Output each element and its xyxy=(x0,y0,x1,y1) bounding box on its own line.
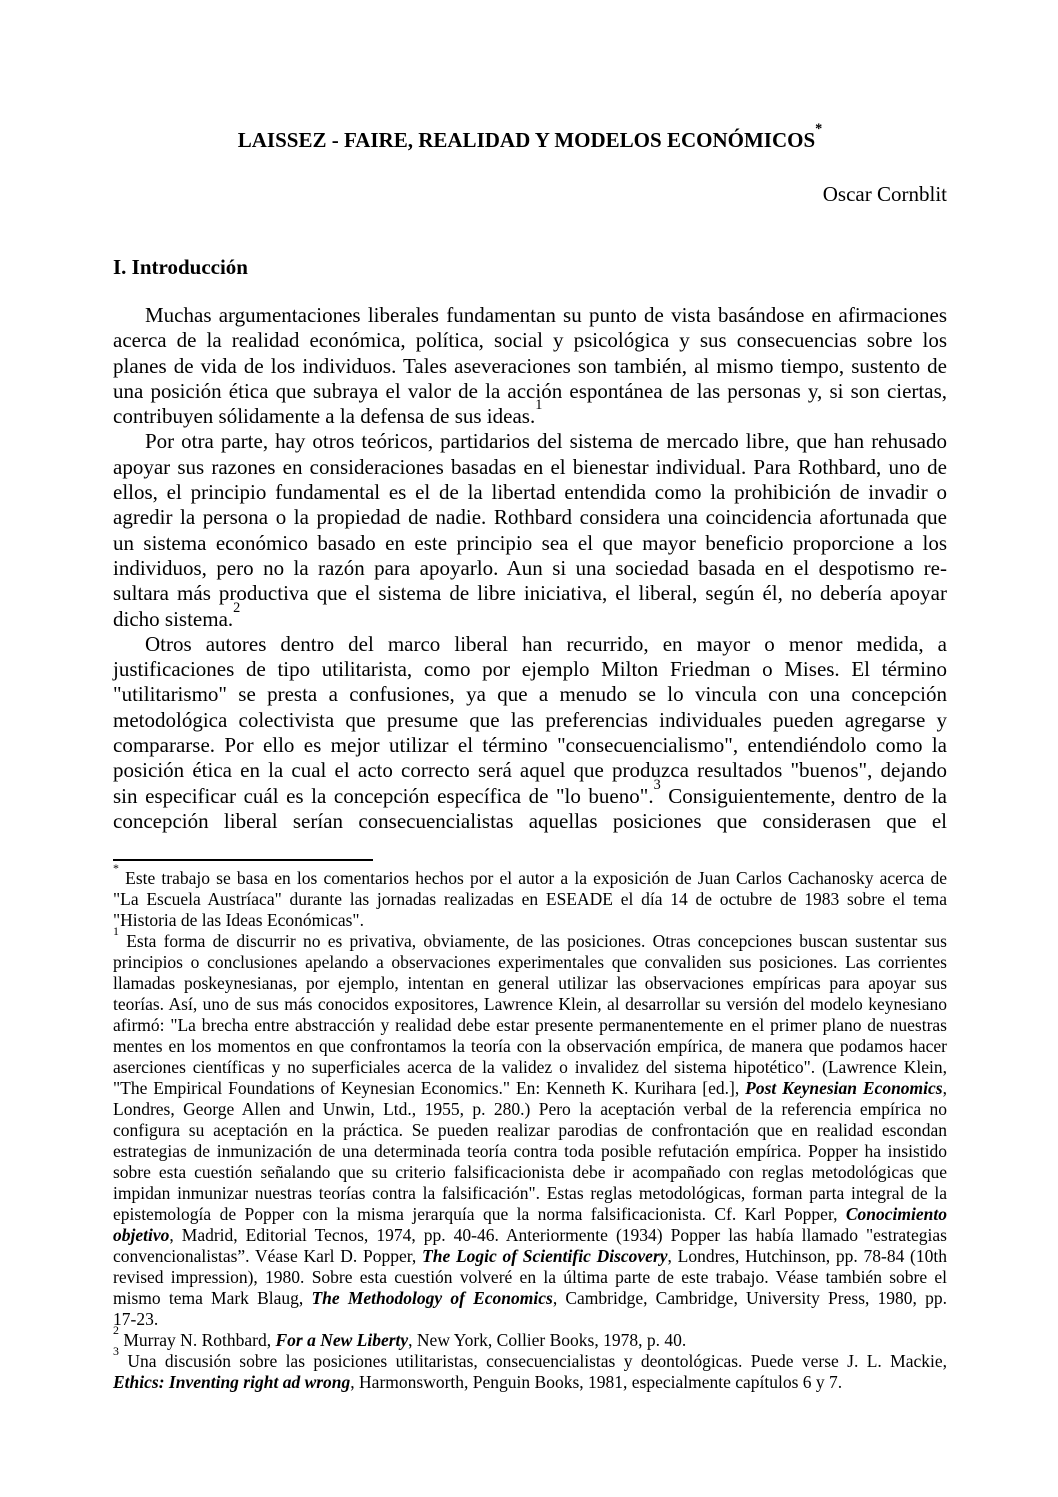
text-line: llamadas poskeynesianas, por ejemplo, in… xyxy=(113,973,947,994)
text-line: Londres, George Allen and Unwin, Ltd., 1… xyxy=(113,1099,947,1120)
text-line: * Este trabajo se basa en los comentario… xyxy=(113,868,947,889)
text-line: Otros autores dentro del marco liberal h… xyxy=(113,632,947,657)
text-line: ellos, el principio fundamental es el de… xyxy=(113,480,947,505)
text-line: 17-23. xyxy=(113,1309,947,1330)
text-line: dicho sistema.2 xyxy=(113,607,947,632)
paragraph-3: Otros autores dentro del marco liberal h… xyxy=(113,632,947,834)
text-line: afirmó: "La brecha entre abstracción y r… xyxy=(113,1015,947,1036)
text-line: Muchas argumentaciones liberales fundame… xyxy=(113,303,947,328)
text-line: Por otra parte, hay otros teóricos, part… xyxy=(113,429,947,454)
document-body: Muchas argumentaciones liberales fundame… xyxy=(113,303,947,834)
page-title-text: LAISSEZ - FAIRE, REALIDAD Y MODELOS ECON… xyxy=(238,128,815,152)
text-line: "La Escuela Austríaca" durante las jorna… xyxy=(113,889,947,910)
text-line: teorías. Así, uno de sus más conocidos e… xyxy=(113,994,947,1015)
text-line: 1 Esta forma de discurrir no es privativ… xyxy=(113,931,947,952)
paper-page: LAISSEZ - FAIRE, REALIDAD Y MODELOS ECON… xyxy=(0,0,1058,1497)
text-line: configura su aceptación en la práctica. … xyxy=(113,1120,947,1141)
text-line: aserciones científicas y no superficiale… xyxy=(113,1057,947,1078)
section-heading: I. Introducción xyxy=(113,254,947,280)
text-line: planes de vida de los individuos. Tales … xyxy=(113,354,947,379)
text-line: una posición ética que subraya el valor … xyxy=(113,379,947,404)
text-line: "The Empirical Foundations of Keynesian … xyxy=(113,1078,947,1099)
text-line: "utilitarismo" se presta a confusiones, … xyxy=(113,682,947,707)
text-line: agredir la persona o la propiedad de nad… xyxy=(113,505,947,530)
footnotes: * Este trabajo se basa en los comentario… xyxy=(113,868,947,1393)
text-line: Ethics: Inventing right ad wrong, Harmon… xyxy=(113,1372,947,1393)
footnote-2: 2 Murray N. Rothbard, For a New Liberty,… xyxy=(113,1330,947,1351)
text-line: sobre esta cuestión señalando que su cri… xyxy=(113,1162,947,1183)
text-line: revised impression), 1980. Sobre esta cu… xyxy=(113,1267,947,1288)
footnote-star: * Este trabajo se basa en los comentario… xyxy=(113,868,947,931)
text-line: impidan inmunizar nuestras teorías contr… xyxy=(113,1183,947,1204)
author: Oscar Cornblit xyxy=(113,181,947,207)
text-line: metodológica colectivista que presume qu… xyxy=(113,708,947,733)
paragraph-1: Muchas argumentaciones liberales fundame… xyxy=(113,303,947,429)
text-line: concepción liberal serían consecuenciali… xyxy=(113,809,947,834)
footnote-3: 3 Una discusión sobre las posiciones uti… xyxy=(113,1351,947,1393)
text-line: acerca de la realidad económica, polític… xyxy=(113,328,947,353)
footnote-separator xyxy=(113,859,373,861)
text-line: convencionalistas”. Véase Karl D. Popper… xyxy=(113,1246,947,1267)
text-line: 2 Murray N. Rothbard, For a New Liberty,… xyxy=(113,1330,947,1351)
text-line: justificaciones de tipo utilitarista, co… xyxy=(113,657,947,682)
text-line: epistemología de Popper con la misma jer… xyxy=(113,1204,947,1225)
text-line: sin especificar cuál es la concepción es… xyxy=(113,784,947,809)
text-line: 3 Una discusión sobre las posiciones uti… xyxy=(113,1351,947,1372)
paragraph-2: Por otra parte, hay otros teóricos, part… xyxy=(113,429,947,631)
title-footnote-marker: * xyxy=(815,121,822,137)
page-title: LAISSEZ - FAIRE, REALIDAD Y MODELOS ECON… xyxy=(113,127,947,154)
text-line: apoyar sus razones en consideraciones ba… xyxy=(113,455,947,480)
text-line: principios o conclusiones apelando a obs… xyxy=(113,952,947,973)
text-line: "Historia de las Ideas Económicas". xyxy=(113,910,947,931)
text-line: contribuyen sólidamente a la defensa de … xyxy=(113,404,947,429)
text-line: compararse. Por ello es mejor utilizar e… xyxy=(113,733,947,758)
text-line: posición ética en la cual el acto correc… xyxy=(113,758,947,783)
text-line: estrategias de inmunización de una deter… xyxy=(113,1141,947,1162)
text-line: individuos, pero no la razón para apoyar… xyxy=(113,556,947,581)
page-content: LAISSEZ - FAIRE, REALIDAD Y MODELOS ECON… xyxy=(113,0,947,1393)
text-line: un sistema económico basado en este prin… xyxy=(113,531,947,556)
text-line: mentes en los momentos en que confrontam… xyxy=(113,1036,947,1057)
text-line: mismo tema Mark Blaug, The Methodology o… xyxy=(113,1288,947,1309)
footnote-1: 1 Esta forma de discurrir no es privativ… xyxy=(113,931,947,1330)
text-line: objetivo, Madrid, Editorial Tecnos, 1974… xyxy=(113,1225,947,1246)
